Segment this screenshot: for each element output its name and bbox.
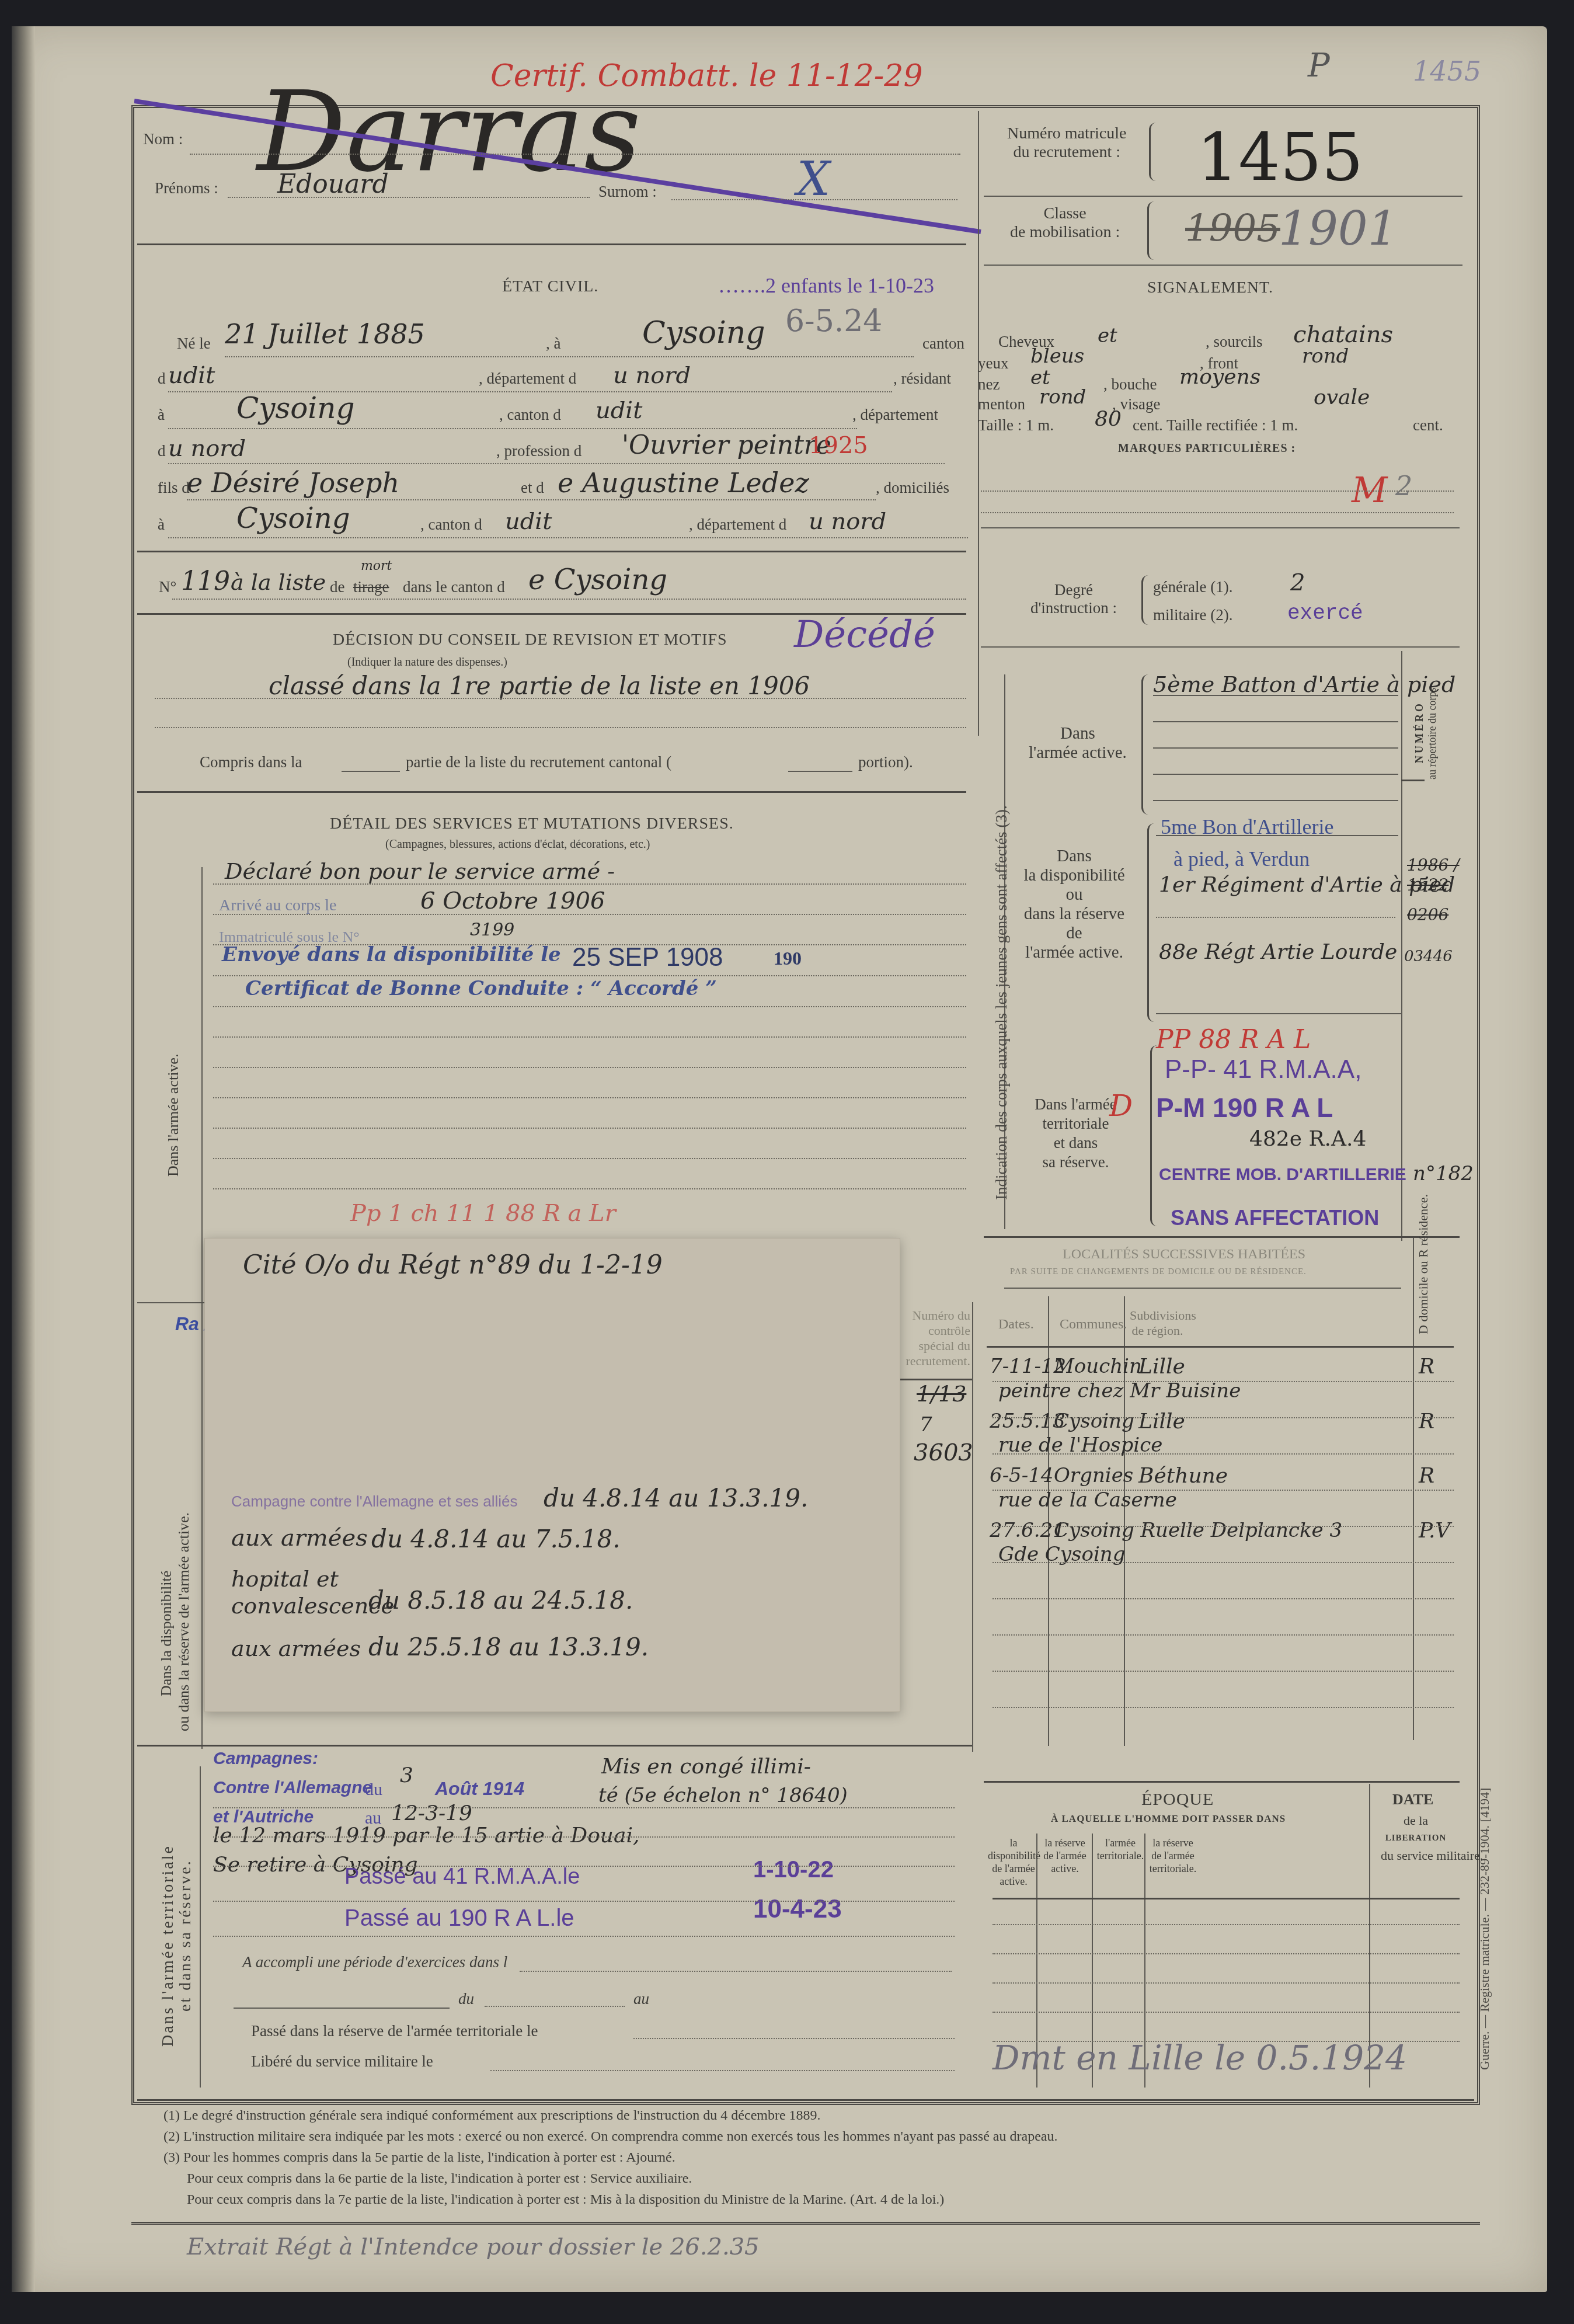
et-de-label: et d bbox=[521, 479, 544, 497]
prenoms-label: Prénoms : bbox=[155, 179, 218, 197]
instruction-militaire-label: militaire (2). bbox=[1153, 606, 1232, 624]
localites-header-dates: Dates. bbox=[998, 1317, 1034, 1333]
father-name: e Désiré Joseph bbox=[187, 467, 399, 499]
services-line-4-date: 25 SEP 1908 bbox=[572, 943, 723, 972]
epoque-signature: Dmt en Lille le 0.5.1924 bbox=[993, 2038, 1407, 2078]
etat-civil-title: ÉTAT CIVIL. bbox=[502, 277, 598, 296]
campagnes-1-day: 3 bbox=[400, 1763, 413, 1787]
a2-label: à bbox=[158, 406, 165, 424]
controle-label: Numéro du contrôle spécial du recrutemen… bbox=[900, 1308, 970, 1369]
taille-rectifiee-label: cent. Taille rectifiée : 1 m. bbox=[1133, 416, 1298, 434]
canton2-value: udit bbox=[596, 397, 642, 424]
terr-red-note: PP 88 R A L bbox=[1156, 1025, 1311, 1055]
surnom-value: X bbox=[797, 152, 830, 206]
localites-title: LOCALITÉS SUCCESSIVES HABITÉES bbox=[1063, 1247, 1305, 1262]
decede-mark: Décédé bbox=[794, 613, 935, 656]
campagnes-1-du: du bbox=[365, 1780, 382, 1800]
localite-dr: R bbox=[1419, 1464, 1434, 1488]
campagnes-2-date: 12-3-19 bbox=[391, 1801, 472, 1825]
services-line-2-stamp: Arrivé au corps le bbox=[219, 896, 336, 915]
a-label: , à bbox=[546, 335, 560, 353]
instruction-militaire-value: exercé bbox=[1287, 601, 1363, 625]
front-value: rond bbox=[1302, 345, 1349, 368]
instruction-generale-label: générale (1). bbox=[1153, 578, 1232, 596]
localite-subdivision: Lille bbox=[1138, 1355, 1185, 1379]
campagnes-1-date: Août 1914 bbox=[435, 1778, 524, 1800]
terr-stamp-1: P-P- 41 R.M.A.A, bbox=[1165, 1055, 1361, 1084]
flap-hopital-dates: du 8.5.18 au 24.5.18. bbox=[368, 1586, 633, 1615]
decision-subtitle: (Indiquer la nature des dispenses.) bbox=[347, 656, 507, 669]
canton-value: udit bbox=[168, 362, 215, 389]
localites-header-subdivisions: Subdivisions de région. bbox=[1130, 1308, 1185, 1338]
localite-commune: Mouchin bbox=[1054, 1355, 1142, 1378]
decision-title: DÉCISION DU CONSEIL DE REVISION ET MOTIF… bbox=[333, 631, 727, 649]
services-line-2-date: 6 Octobre 1906 bbox=[420, 888, 605, 914]
top-mark: P bbox=[1308, 47, 1330, 85]
bouche-label: , bouche bbox=[1103, 375, 1157, 394]
marques-pencil: 2 bbox=[1395, 470, 1412, 502]
passe-2-date: 10-4-23 bbox=[753, 1895, 842, 1924]
departement-value: u nord bbox=[613, 362, 691, 389]
footnote: Pour ceux compris dans la 6e partie de l… bbox=[187, 2168, 1057, 2189]
yeux-value: bleus bbox=[1030, 345, 1084, 368]
localite-dr: R bbox=[1419, 1355, 1434, 1379]
departement3-value: u nord bbox=[809, 508, 886, 535]
footnotes: (1) Le degré d'instruction générale sera… bbox=[163, 2105, 1057, 2210]
flap-aux-armees-1-label: aux armées bbox=[231, 1525, 368, 1551]
localite-subdivision: Béthune bbox=[1138, 1464, 1228, 1488]
services-dispo-vertical-1: Dans la disponibilité bbox=[158, 1571, 175, 1696]
services-subtitle: (Campagnes, blessures, actions d'éclat, … bbox=[385, 838, 650, 851]
localite-dr: P.V bbox=[1419, 1519, 1450, 1543]
localite-commune: Orgnies bbox=[1054, 1464, 1133, 1487]
liste-de-label: de bbox=[330, 578, 344, 596]
corps-active-label: Dansl'armée active. bbox=[1029, 724, 1127, 763]
controle-mark: 7 bbox=[920, 1413, 932, 1436]
classe-value: 1901 bbox=[1279, 201, 1398, 256]
matricule-label: Numéro matriculedu recrutement : bbox=[1007, 124, 1126, 162]
dr-header: D domicile ou R résidence. bbox=[1416, 1194, 1431, 1334]
services-dispo-vertical-2: ou dans la réserve de l'armée active. bbox=[175, 1512, 193, 1731]
epoque-title: ÉPOQUE bbox=[1141, 1790, 1214, 1810]
services-line-4-stamp: Envoyé dans la disponibilité le bbox=[222, 943, 561, 966]
taille-value: 80 bbox=[1095, 407, 1122, 431]
menton-value: rond bbox=[1039, 385, 1086, 409]
localite-commune: rue de la Caserne bbox=[998, 1488, 1177, 1512]
birthplace: Cysoing bbox=[642, 315, 765, 350]
canton-d-label: d bbox=[158, 370, 166, 388]
localite-commune: Cysoing bbox=[1054, 1410, 1134, 1433]
localite-date: 6-5-14 bbox=[990, 1464, 1054, 1487]
liste-hand: à la liste bbox=[231, 569, 326, 595]
epoque-column-header: l'armée territoriale. bbox=[1095, 1836, 1146, 1862]
nez-label: nez bbox=[978, 375, 1000, 394]
fils-label: fils d bbox=[158, 479, 190, 497]
terr-stamp-2: P-M 190 R A L bbox=[1156, 1092, 1333, 1123]
enfants-pencil: 6-5.24 bbox=[785, 304, 882, 339]
dispo-hand-2: 88e Régt Artie Lourde bbox=[1159, 940, 1397, 964]
matricule-value: 1455 bbox=[1197, 120, 1363, 196]
canton3-label: , canton d bbox=[420, 516, 482, 534]
services-line-3-number: 3199 bbox=[470, 920, 514, 940]
controle-struck: 1/13 bbox=[917, 1381, 966, 1407]
dispo-hand-2-number: 03446 bbox=[1404, 948, 1453, 965]
classe-label: Classede mobilisation : bbox=[1010, 204, 1120, 242]
enfants-stamp: …….2 enfants le 1-10-23 bbox=[718, 273, 934, 298]
epoque-column-header: la réserve de l'armée territoriale. bbox=[1147, 1836, 1199, 1875]
territoriale-hand-3: le 12 mars 1919 par le 15 artie à Douai, bbox=[213, 1824, 639, 1848]
libere-label: Libéré du service militaire le bbox=[251, 2052, 433, 2071]
localite-dr: R bbox=[1419, 1410, 1434, 1434]
territoriale-vertical-2: et dans sa réserve. bbox=[176, 1859, 195, 2012]
passe-1-date: 1-10-22 bbox=[753, 1857, 834, 1883]
dispo-stamp-2: à pied, à Verdun bbox=[1173, 847, 1310, 871]
exercices-label: A accompli une période d'exercices dans … bbox=[242, 1953, 507, 1971]
date-liberation-title: DATE bbox=[1392, 1791, 1433, 1808]
residence-value: Cysoing bbox=[236, 391, 354, 425]
footnote: Pour ceux compris dans la 7e partie de l… bbox=[187, 2189, 1057, 2210]
localite-commune: Cysoing Ruelle Delplancke 3 bbox=[1054, 1519, 1342, 1542]
footnote: (2) L'instruction militaire sera indiqué… bbox=[163, 2126, 1057, 2147]
profession-label: , profession d bbox=[496, 442, 581, 460]
liste-canton-value: e Cysoing bbox=[528, 563, 667, 596]
corps-dispo-label: Dansla disponibilitéoudans la réservedel… bbox=[1004, 847, 1144, 962]
services-line-5: Certificat de Bonne Conduite : “ Accordé… bbox=[245, 977, 717, 1000]
strike-line bbox=[134, 96, 987, 236]
menton-label: menton bbox=[978, 395, 1025, 413]
services-title: DÉTAIL DES SERVICES ET MUTATIONS DIVERSE… bbox=[330, 815, 734, 833]
territoriale-hand-2: té (5e échelon n° 18640) bbox=[598, 1784, 848, 1807]
canton-label: canton bbox=[922, 335, 964, 353]
departement2-label: , département bbox=[852, 406, 938, 424]
domicilies-label: , domiciliés bbox=[876, 479, 949, 497]
pasted-flap: Cité O/o du Régt n°89 du 1-2-19 Campagne… bbox=[204, 1238, 900, 1712]
flap-aux-armees-2-dates: du 25.5.18 au 13.3.19. bbox=[368, 1633, 649, 1661]
taille-cent-label: cent. bbox=[1413, 416, 1443, 434]
localite-subdivision: Lille bbox=[1138, 1410, 1185, 1434]
localites-subtitle: PAR SUITE DE CHANGEMENTS DE DOMICILE OU … bbox=[1010, 1267, 1307, 1277]
au-label-exercices: au bbox=[633, 1990, 649, 2008]
date-liberation-sub: de laLIBERATIONdu service militaire. bbox=[1381, 1812, 1451, 1864]
bottom-pencil-note: Extrait Régt à l'Intendce pour dossier l… bbox=[187, 2233, 760, 2260]
tirage-number: 119 bbox=[181, 566, 230, 596]
dispo-hand-struck-number: 0206 bbox=[1407, 905, 1448, 924]
services-active-vertical: Dans l'armée active. bbox=[165, 1054, 182, 1177]
footnote: (1) Le degré d'instruction générale sera… bbox=[163, 2105, 1057, 2126]
services-line-1: Déclaré bon pour le service armé - bbox=[225, 858, 615, 884]
campagnes-1-label: Contre l'Allemagne bbox=[213, 1778, 372, 1798]
instruction-generale-value: 2 bbox=[1290, 569, 1305, 596]
terr-red-mark: D bbox=[1109, 1089, 1133, 1123]
decision-value: classé dans la 1re partie de la liste en… bbox=[269, 672, 810, 700]
side-print: Guerre. — Registre matricule. — 232-89-1… bbox=[1477, 1788, 1492, 2070]
compris-label-1: Compris dans la bbox=[200, 753, 302, 771]
numero-repertoire-label: NUMÉROau répertoire du corps. bbox=[1413, 685, 1439, 780]
epoque-subtitle: À LAQUELLE L'HOMME DOIT PASSER DANS bbox=[1051, 1813, 1286, 1825]
prenoms-value: Edouard bbox=[277, 169, 389, 199]
canton2-label: , canton d bbox=[499, 406, 561, 424]
marques-title: MARQUES PARTICULIÈRES : bbox=[1118, 442, 1296, 455]
territoriale-hand-1: Mis en congé illimi- bbox=[601, 1755, 811, 1779]
services-red-line: Pp 1 ch 11 1 88 R a Lr bbox=[350, 1200, 616, 1227]
reserve-territoriale-label: Passé dans la réserve de l'armée territo… bbox=[251, 2022, 538, 2040]
liste-struck: tirage bbox=[353, 578, 389, 596]
services-line-4-tail: 190 bbox=[774, 948, 802, 969]
book-spine bbox=[12, 26, 35, 2292]
liste-canton-label: dans le canton d bbox=[403, 578, 505, 596]
profession-red-note: 1925 bbox=[809, 432, 868, 459]
flap-citation: Cité O/o du Régt n°89 du 1-2-19 bbox=[243, 1250, 663, 1280]
liste-superscript: mort bbox=[361, 559, 392, 573]
residant-label: , résidant bbox=[893, 370, 951, 388]
du-label-exercices: du bbox=[458, 1990, 474, 2008]
campagnes-label: Campagnes: bbox=[213, 1749, 318, 1769]
classe-struck: 1905 bbox=[1185, 207, 1280, 251]
terr-stamp-4: CENTRE MOB. D'ARTILLERIE bbox=[1159, 1165, 1406, 1185]
sourcils-label: , sourcils bbox=[1206, 333, 1263, 351]
compris-label-2: partie de la liste du recrutement canton… bbox=[406, 753, 671, 771]
corps-active-value: 5ème Batton d'Artie à pied bbox=[1153, 672, 1455, 697]
flap-campagne-stamp: Campagne contre l'Allemagne et ses allié… bbox=[231, 1492, 518, 1511]
domicile-value: Cysoing bbox=[236, 502, 350, 535]
top-pencil-number: 1455 bbox=[1413, 55, 1481, 87]
localite-commune: peintre chez Mr Buisine bbox=[998, 1379, 1241, 1403]
compris-label-3: portion). bbox=[858, 753, 913, 771]
canton3-value: udit bbox=[505, 508, 552, 535]
flap-aux-armees-2-label: aux armées bbox=[231, 1636, 361, 1661]
yeux-label: yeux bbox=[978, 354, 1008, 373]
terr-hand-3: 482e R.A.4 bbox=[1249, 1127, 1366, 1151]
controle-number: 3603 bbox=[914, 1439, 973, 1466]
dispo-hand-1-number: 1986 / 1522 bbox=[1407, 855, 1477, 895]
no-label: N° bbox=[159, 578, 176, 596]
instruction-label: Degréd'instruction : bbox=[1030, 581, 1117, 617]
a3-label: à bbox=[158, 516, 165, 534]
ne-le-label: Né le bbox=[177, 335, 211, 353]
visage-value: ovale bbox=[1314, 385, 1370, 409]
localites-header-communes: Communes. bbox=[1060, 1317, 1127, 1333]
epoque-column-header: la réserve de l'armée active. bbox=[1039, 1836, 1091, 1875]
taille-label: Taille : 1 m. bbox=[978, 416, 1054, 434]
passe-2-stamp: Passé au 190 R A L.le bbox=[344, 1905, 574, 1932]
mother-name: e Augustine Ledez bbox=[558, 467, 809, 499]
departement-label: , département d bbox=[479, 370, 576, 388]
cheveux-value: et bbox=[1098, 324, 1117, 347]
flap-campagne-dates: du 4.8.14 au 13.3.19. bbox=[544, 1484, 808, 1512]
signalement-title: SIGNALEMENT. bbox=[1147, 279, 1273, 297]
footnote: (3) Pour les hommes compris dans la 5e p… bbox=[163, 2147, 1057, 2168]
passe-1-stamp: Passé au 41 R.M.A.A.le bbox=[344, 1864, 580, 1890]
departement2-value: u nord bbox=[168, 435, 246, 462]
surnom-label: Surnom : bbox=[598, 183, 657, 201]
departement3-label: , département d bbox=[689, 516, 786, 534]
register-page: Certif. Combatt. le 11-12-29 P 1455 Nom … bbox=[12, 26, 1547, 2292]
flap-aux-armees-1-dates: du 4.8.14 au 7.5.18. bbox=[371, 1525, 621, 1553]
profession-value: 'Ouvrier peintre bbox=[622, 430, 831, 460]
du-label: d bbox=[158, 442, 166, 460]
birth-date: 21 Juillet 1885 bbox=[225, 318, 425, 350]
terr-hand-4: n°182 bbox=[1413, 1162, 1474, 1185]
terr-stamp-5: SANS AFFECTATION bbox=[1171, 1206, 1379, 1230]
territoriale-vertical-1: Dans l'armée territoriale bbox=[159, 1845, 177, 2047]
bouche-value: moyens bbox=[1179, 365, 1260, 389]
epoque-column-header: la disponibilité de l'armée active. bbox=[988, 1836, 1039, 1888]
